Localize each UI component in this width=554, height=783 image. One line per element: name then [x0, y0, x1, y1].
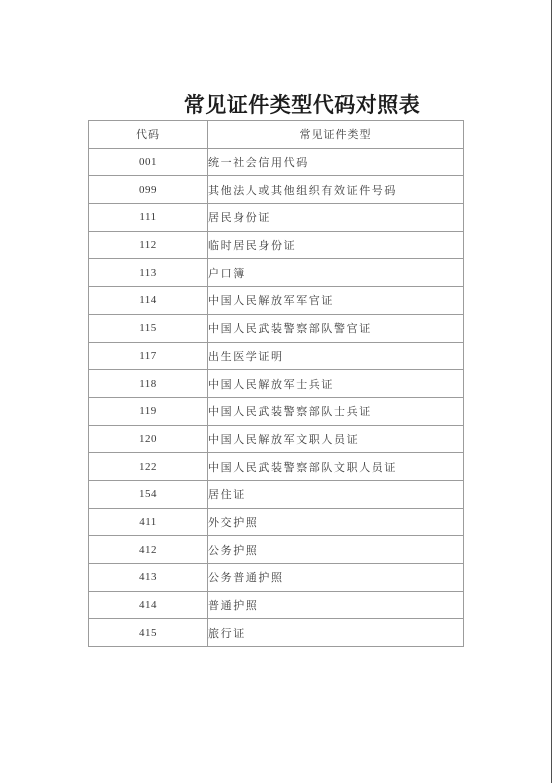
page-title: 常见证件类型代码对照表: [25, 89, 554, 119]
code-cell: 154: [89, 480, 208, 508]
code-cell: 120: [89, 425, 208, 453]
type-cell: 旅行证: [208, 619, 464, 647]
table-row: 411外交护照: [89, 508, 464, 536]
code-cell: 413: [89, 564, 208, 592]
table-row: 114中国人民解放军军官证: [89, 287, 464, 315]
type-cell: 外交护照: [208, 508, 464, 536]
table-row: 413公务普通护照: [89, 564, 464, 592]
type-cell: 公务普通护照: [208, 564, 464, 592]
table-row: 099其他法人或其他组织有效证件号码: [89, 176, 464, 204]
table-row: 115中国人民武装警察部队警官证: [89, 314, 464, 342]
code-cell: 414: [89, 591, 208, 619]
code-cell: 412: [89, 536, 208, 564]
table-row: 113户口簿: [89, 259, 464, 287]
code-cell: 415: [89, 619, 208, 647]
code-cell: 119: [89, 397, 208, 425]
type-cell: 中国人民武装警察部队士兵证: [208, 397, 464, 425]
type-cell: 中国人民解放军文职人员证: [208, 425, 464, 453]
table-row: 122中国人民武装警察部队文职人员证: [89, 453, 464, 481]
type-cell: 统一社会信用代码: [208, 148, 464, 176]
code-cell: 112: [89, 231, 208, 259]
code-cell: 115: [89, 314, 208, 342]
type-cell: 出生医学证明: [208, 342, 464, 370]
table-row: 412公务护照: [89, 536, 464, 564]
column-header-code: 代码: [89, 121, 208, 149]
code-cell: 111: [89, 204, 208, 232]
table-row: 415旅行证: [89, 619, 464, 647]
code-cell: 411: [89, 508, 208, 536]
type-cell: 居民身份证: [208, 204, 464, 232]
type-cell: 临时居民身份证: [208, 231, 464, 259]
type-cell: 中国人民武装警察部队警官证: [208, 314, 464, 342]
table-row: 001统一社会信用代码: [89, 148, 464, 176]
table-row: 117出生医学证明: [89, 342, 464, 370]
scan-edge-line: [551, 0, 552, 783]
table-row: 119中国人民武装警察部队士兵证: [89, 397, 464, 425]
code-cell: 099: [89, 176, 208, 204]
table-row: 154居住证: [89, 480, 464, 508]
table-row: 118中国人民解放军士兵证: [89, 370, 464, 398]
type-cell: 中国人民武装警察部队文职人员证: [208, 453, 464, 481]
certificate-code-table: 代码 常见证件类型 001统一社会信用代码099其他法人或其他组织有效证件号码1…: [88, 120, 464, 647]
column-header-type: 常见证件类型: [208, 121, 464, 149]
type-cell: 公务护照: [208, 536, 464, 564]
type-cell: 户口簿: [208, 259, 464, 287]
code-cell: 113: [89, 259, 208, 287]
type-cell: 居住证: [208, 480, 464, 508]
type-cell: 其他法人或其他组织有效证件号码: [208, 176, 464, 204]
code-cell: 001: [89, 148, 208, 176]
code-cell: 117: [89, 342, 208, 370]
code-cell: 118: [89, 370, 208, 398]
table-row: 414普通护照: [89, 591, 464, 619]
table-row: 111居民身份证: [89, 204, 464, 232]
code-cell: 114: [89, 287, 208, 315]
type-cell: 中国人民解放军士兵证: [208, 370, 464, 398]
table-row: 112临时居民身份证: [89, 231, 464, 259]
table-row: 120中国人民解放军文职人员证: [89, 425, 464, 453]
code-cell: 122: [89, 453, 208, 481]
table-header-row: 代码 常见证件类型: [89, 121, 464, 149]
type-cell: 中国人民解放军军官证: [208, 287, 464, 315]
type-cell: 普通护照: [208, 591, 464, 619]
table-body: 001统一社会信用代码099其他法人或其他组织有效证件号码111居民身份证112…: [89, 148, 464, 646]
